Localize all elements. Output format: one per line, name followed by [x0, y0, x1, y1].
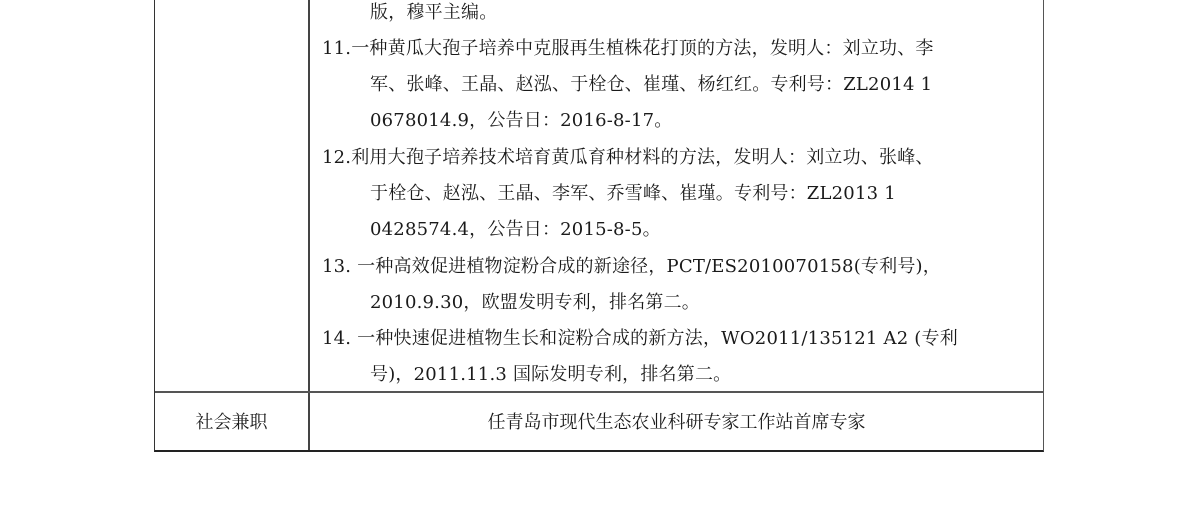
social-position-label: 社会兼职 — [155, 392, 308, 450]
patent-item-12: 12.利用大孢子培养技术培育黄瓜育种材料的方法，发明人：刘立功、张峰、 — [322, 146, 934, 170]
text-line: 号)，2011.11.3 国际发明专利，排名第二。 — [370, 363, 731, 387]
text-line: 0678014.9，公告日：2016-8-17。 — [370, 109, 672, 133]
text-line: 0428574.4，公告日：2015-8-5。 — [370, 218, 661, 242]
patent-item-14: 14. 一种快速促进植物生长和淀粉合成的新方法，WO2011/135121 A2… — [322, 327, 958, 351]
text-line: 2010.9.30，欧盟发明专利，排名第二。 — [370, 291, 700, 315]
profile-table: 版，穆平主编。 11.一种黄瓜大孢子培养中克服再生植株花打顶的方法，发明人：刘立… — [154, 0, 1044, 452]
text-line: 于栓仓、赵泓、王晶、李军、乔雪峰、崔瑾。专利号：ZL2013 1 — [370, 182, 896, 206]
text-line: 版，穆平主编。 — [370, 1, 497, 25]
patent-item-13: 13. 一种高效促进植物淀粉合成的新途径，PCT/ES2010070158(专利… — [322, 255, 941, 279]
social-position-value: 任青岛市现代生态农业科研专家工作站首席专家 — [310, 392, 1043, 450]
patent-item-11: 11.一种黄瓜大孢子培养中克服再生植株花打顶的方法，发明人：刘立功、李 — [322, 37, 934, 61]
column-divider — [308, 0, 310, 450]
text-line: 军、张峰、王晶、赵泓、于栓仓、崔瑾、杨红红。专利号：ZL2014 1 — [370, 73, 932, 97]
